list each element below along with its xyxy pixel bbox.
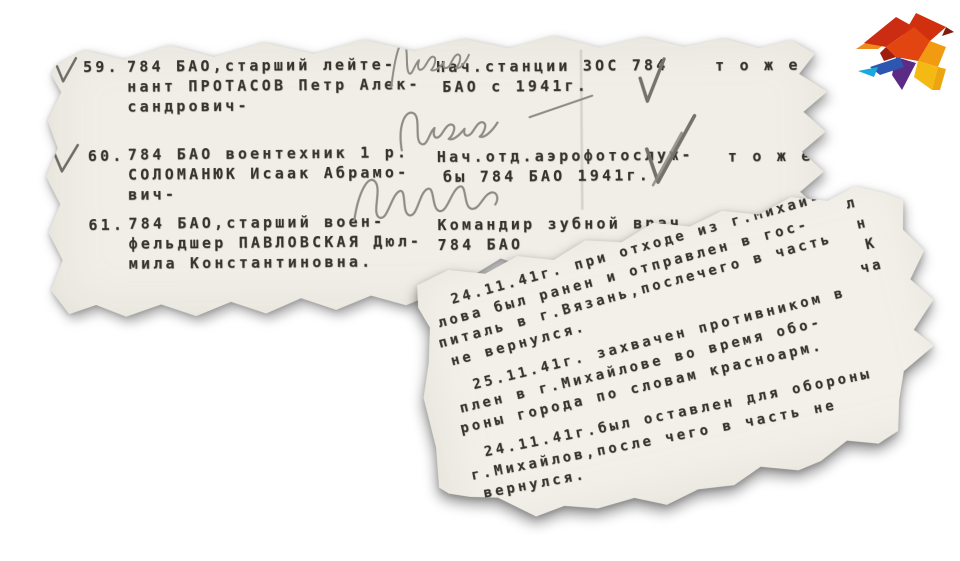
entry-60-position-line: бы 784 БАО 1941г. <box>443 165 651 187</box>
check-icon <box>57 58 76 81</box>
entry-60-note-tozhe: т о ж е <box>728 146 814 167</box>
entry-60-line: вич- <box>128 184 177 204</box>
entry-59-line: 784 БАО,старший лейте- <box>127 54 396 76</box>
torn-edge-letter: н <box>855 213 871 235</box>
entry-59-line: нант ПРОТАСОВ Петр Алек- <box>127 74 421 97</box>
entry-61-line: 784 БАО,старший воен- <box>128 211 385 233</box>
entry-59-line: сандрович- <box>127 96 249 117</box>
scan-page: 59. 784 БАО,старший лейте- нант ПРОТАСОВ… <box>0 0 960 561</box>
handwriting-net-2 <box>400 112 497 150</box>
kp-bird-logo <box>856 5 954 90</box>
entry-59-position-line: БАО с 1941г. <box>442 76 589 97</box>
entry-61-line: фельдшер ПАВЛОВСКАЯ Дюл- <box>129 231 423 254</box>
torn-edge-letter: л <box>844 192 860 214</box>
torn-edge-letter: ча <box>859 254 886 279</box>
entry-59-number: 59. <box>83 57 120 77</box>
entry-61-number: 61. <box>88 215 125 235</box>
entry-60-number: 60. <box>88 146 125 166</box>
entry-59-position-line: Нач.станции ЗОС 784 <box>436 55 669 77</box>
entry-60-line: СОЛОМАНЮК Исаак Абрамо- <box>128 162 409 184</box>
check-icon <box>55 145 78 171</box>
entry-61-line: мила Константиновна. <box>129 252 374 274</box>
entry-60-position-line: Нач.отд.аэрофотослуж- <box>437 145 694 167</box>
entry-59-note-tozhe: т о ж е <box>715 55 801 76</box>
torn-edge-letter: К <box>863 233 879 255</box>
bird-logo-icon <box>856 5 954 90</box>
entry-60-line: 784 БАО воентехник 1 р. <box>128 142 409 164</box>
